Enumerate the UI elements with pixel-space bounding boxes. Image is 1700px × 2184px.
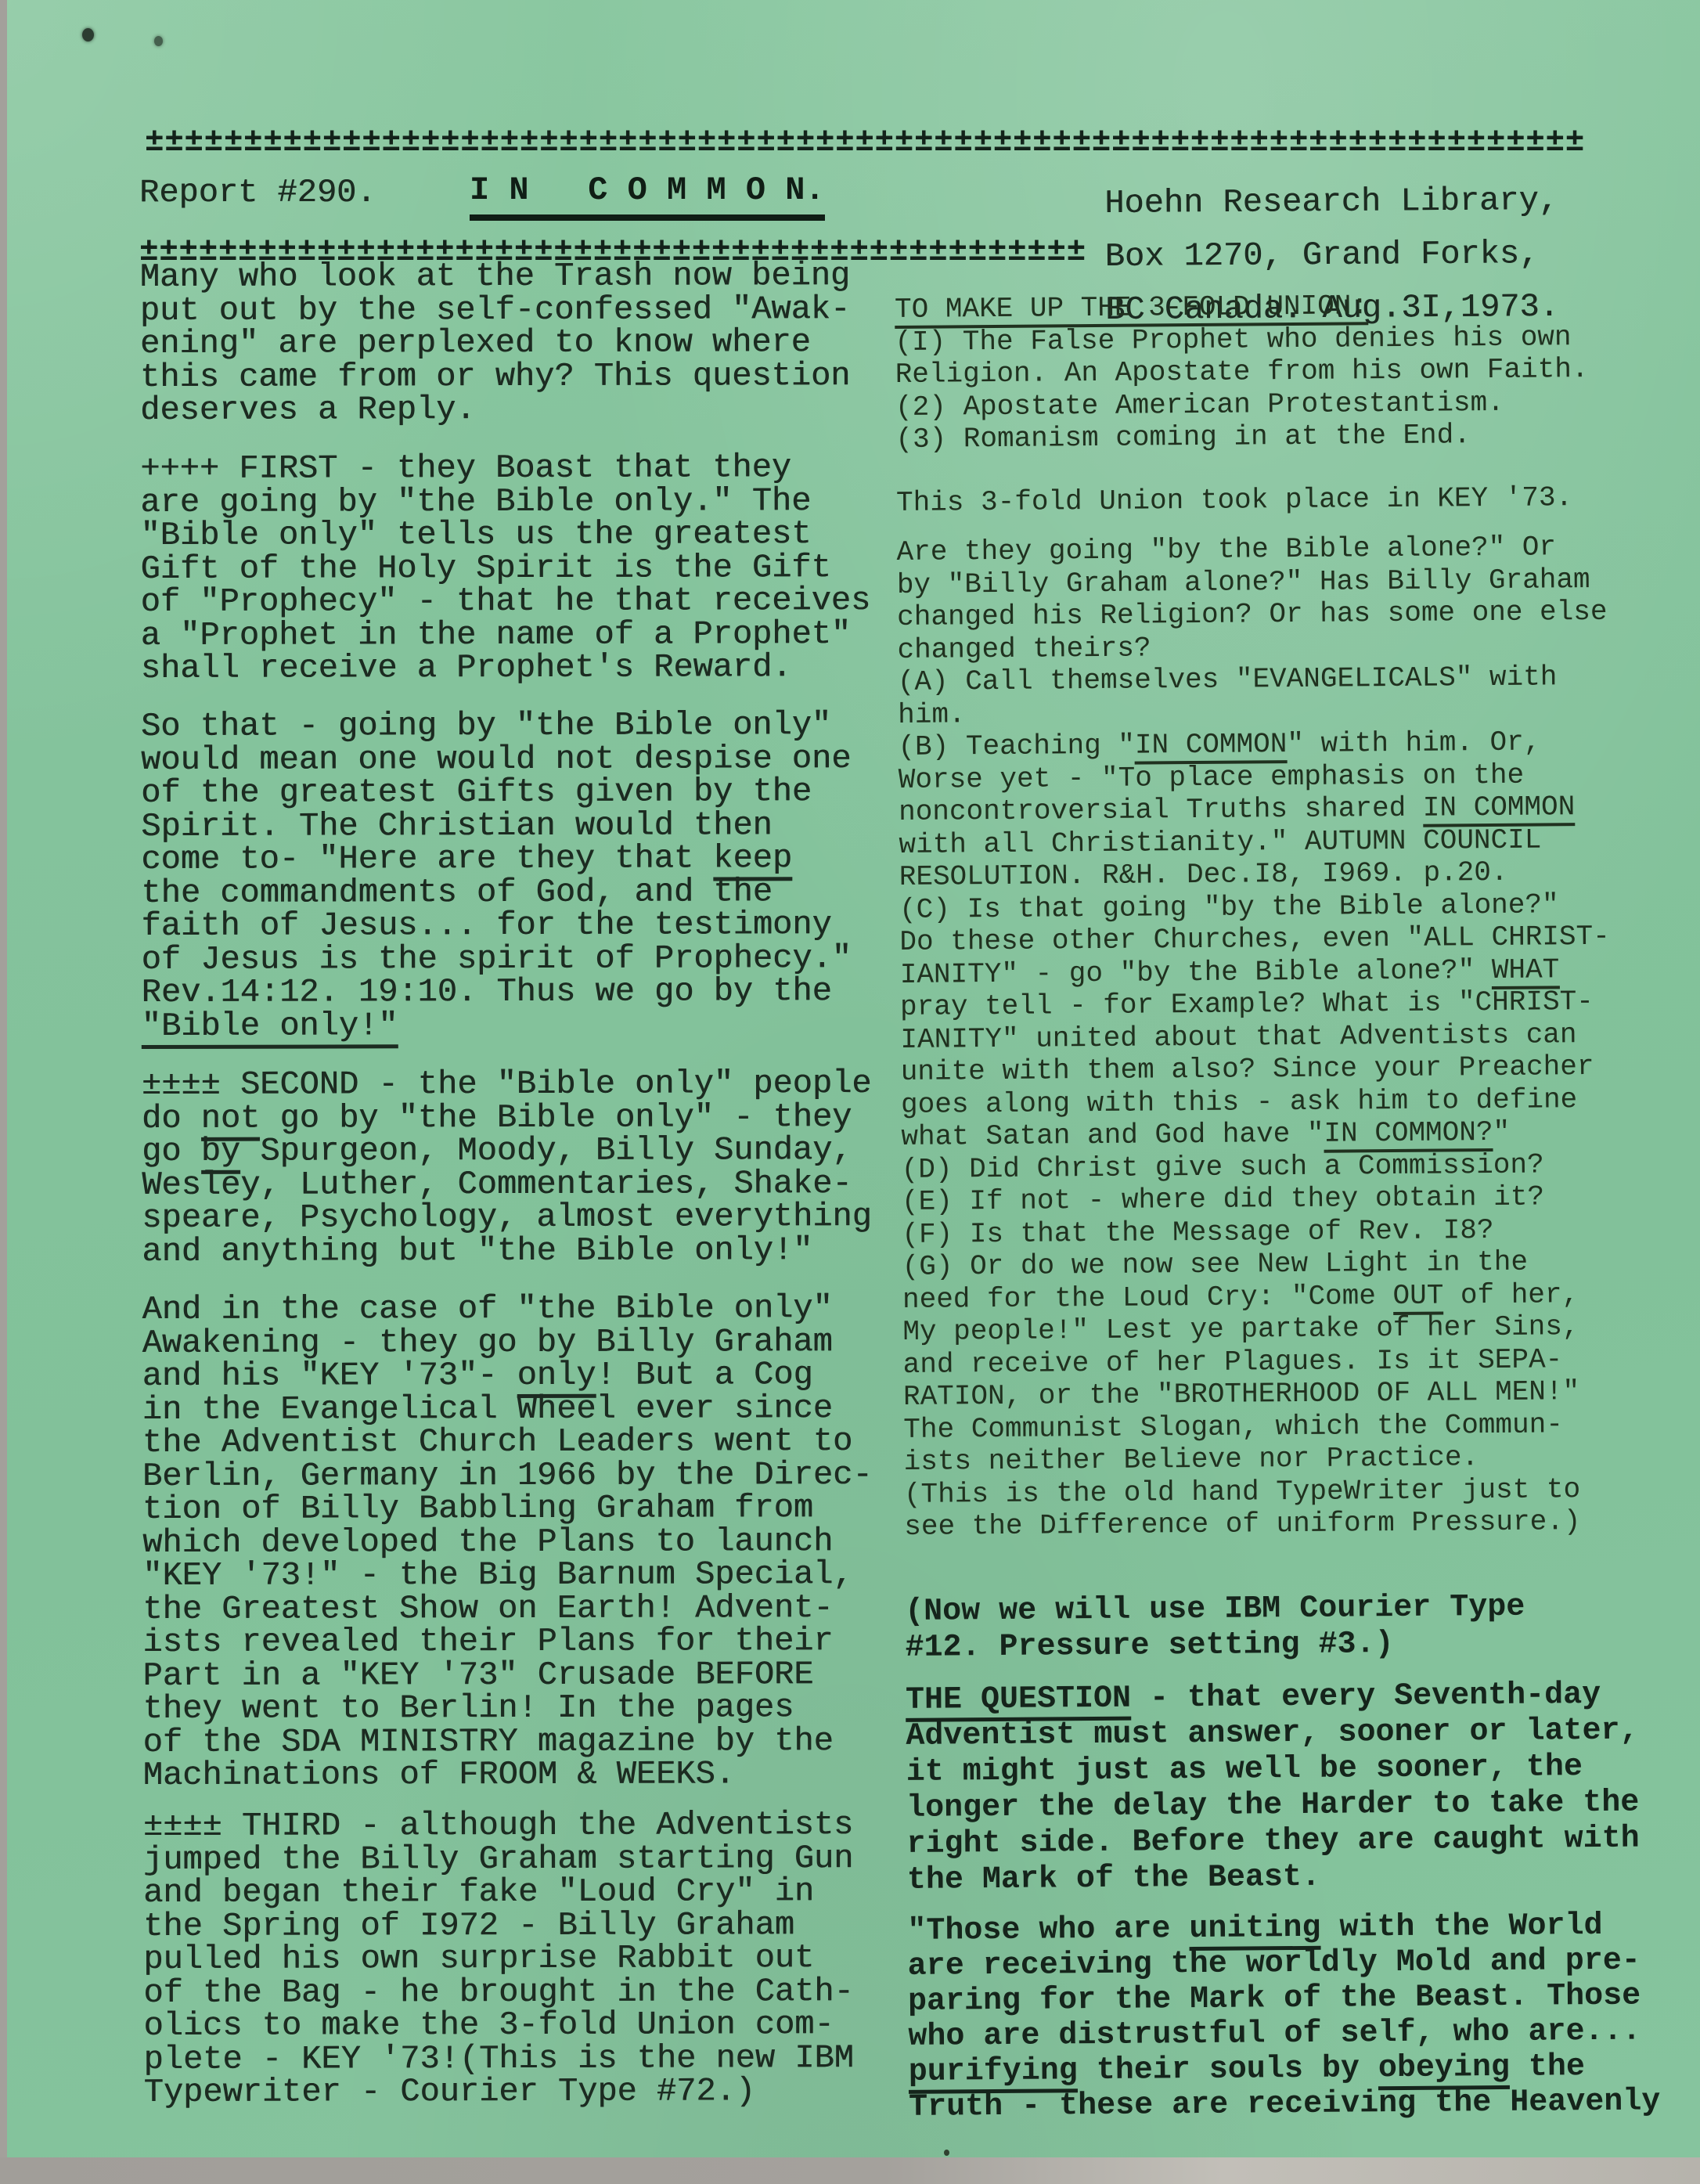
- paragraph: TO MAKE UP THE 3-FOLD UNION:(I) The Fals…: [895, 288, 1589, 456]
- text-line: in the Evangelical Wheel ever since: [142, 1392, 873, 1426]
- paragraph: ±±±± SECOND - the "Bible only" peopledo …: [142, 1067, 872, 1268]
- text-line: Adventist must answer, sooner or later,: [906, 1714, 1638, 1755]
- text-line: ±±±± THIRD - although the Adventists: [143, 1808, 853, 1843]
- text-line: which developed the Plans to launch: [142, 1525, 873, 1559]
- text-line: Awakening - they go by Billy Graham: [142, 1325, 873, 1360]
- text-line: of the SDA MINISTRY magazine by the: [143, 1724, 873, 1759]
- text-line: ists neither Believe nor Practice.: [904, 1440, 1615, 1479]
- text-line: (This is the old hand TypeWriter just to: [904, 1472, 1615, 1511]
- paragraph: ++++ FIRST - they Boast that theyare goi…: [140, 451, 870, 685]
- text-line: the Spring of I972 - Billy Graham: [143, 1908, 853, 1943]
- text-line: IANITY" - go "by the Bible alone?" WHAT: [900, 953, 1611, 991]
- text-line: changed his Religion? Or has some one el…: [897, 596, 1608, 634]
- text-line: a "Prophet in the name of a Prophet": [141, 618, 871, 652]
- text-line: Typewriter - Courier Type #72.): [144, 2074, 854, 2109]
- text-line: with all Christianity." AUTUMN COUNCIL: [899, 823, 1609, 861]
- paragraph: Are they going "by the Bible alone?" Orb…: [896, 531, 1614, 1544]
- text-line: the commandments of God, and the: [141, 875, 851, 910]
- text-line: they went to Berlin! In the pages: [143, 1691, 873, 1725]
- text-line: the Mark of the Beast.: [907, 1858, 1640, 1899]
- text-line: Do these other Churches, even "ALL CHRIS…: [899, 921, 1610, 959]
- text-line: by "Billy Graham alone?" Has Billy Graha…: [897, 563, 1608, 601]
- text-line: deserves a Reply.: [140, 392, 850, 427]
- scan-edge-left: [0, 0, 7, 2184]
- text-line: speare, Psychology, almost everything: [142, 1200, 872, 1234]
- text-line: Machinations of FROOM & WEEKS.: [143, 1757, 873, 1792]
- text-line: My people!" Lest ye partake of her Sins,: [902, 1310, 1613, 1349]
- underlined-text: IN COMMON: [1135, 728, 1288, 765]
- text-line: Many who look at the Trash now being: [140, 259, 850, 294]
- text-line: and began their fake "Loud Cry" in: [143, 1875, 853, 1909]
- text-line: (E) If not - where did they obtain it?: [902, 1180, 1612, 1219]
- text-line: him.: [898, 693, 1608, 731]
- text-line: noncontroversial Truths shared IN COMMON: [899, 791, 1609, 829]
- text-line: pulled his own surprise Rabbit out: [143, 1941, 853, 1976]
- paragraph: So that - going by "the Bible only"would…: [141, 708, 852, 1043]
- paragraph: THE QUESTION - that every Seventh-dayAdv…: [906, 1678, 1640, 1899]
- text-line: put out by the self-confessed "Awak-: [140, 293, 850, 327]
- scanned-newsletter-page: ±±±±±±±±±±±±±±±±±±±±±±±±±±±±±±±±±±±±±±±±…: [0, 0, 1700, 2184]
- text-line: purifying their souls by obeying the: [909, 2049, 1660, 2090]
- text-line: and receive of her Plagues. Is it SEPA-: [903, 1342, 1614, 1381]
- text-line: Rev.14:12. 19:10. Thus we go by the: [142, 975, 852, 1009]
- text-line: (B) Teaching "IN COMMON" with him. Or,: [898, 726, 1608, 764]
- text-line: pray tell - for Example? What is "CHRIST…: [900, 986, 1611, 1024]
- text-line: ists revealed their Plans for their: [142, 1624, 873, 1659]
- text-line: see the Difference of uniform Pressure.): [904, 1505, 1615, 1544]
- text-line: RESOLUTION. R&H. Dec.I8, I969. p.20.: [899, 856, 1610, 894]
- text-line: right side. Before they are caught with: [906, 1822, 1639, 1863]
- paragraph: "Those who are uniting with the Worldare…: [907, 1908, 1660, 2125]
- underlined-text: IN COMMON?: [1324, 1116, 1493, 1153]
- text-line: of the greatest Gifts given by the: [141, 775, 851, 809]
- text-line: (D) Did Christ give such a Commission?: [902, 1148, 1612, 1186]
- text-line: (A) Call themselves "EVANGELICALS" with: [898, 661, 1608, 699]
- text-line: (I) The False Prophet who denies his own: [895, 321, 1588, 359]
- text-line: "Bible only" tells us the greatest: [140, 517, 870, 552]
- paragraph: And in the case of "the Bible only"Awake…: [142, 1292, 873, 1792]
- text-line: shall receive a Prophet's Reward.: [141, 651, 871, 685]
- text-line: who are distrustful of self, who are...: [908, 2013, 1659, 2055]
- paragraph: This 3-fold Union took place in KEY '73.: [896, 481, 1572, 519]
- text-line: faith of Jesus... for the testimony: [141, 908, 851, 942]
- text-line: come to- "Here are they that keep: [141, 842, 851, 876]
- left-text-column: Many who look at the Trash now beingput …: [139, 0, 899, 2184]
- underlined-text: THE QUESTION: [906, 1681, 1131, 1722]
- text-line: it might just as well be sooner, the: [906, 1750, 1639, 1791]
- text-line: ±±±± SECOND - the "Bible only" people: [142, 1067, 872, 1101]
- text-line: (C) Is that going "by the Bible alone?": [899, 888, 1610, 926]
- text-line: do not go by "the Bible only" - they: [142, 1101, 872, 1135]
- text-line: would mean one would not despise one: [141, 742, 851, 777]
- text-line: tion of Billy Babbling Graham from: [142, 1491, 873, 1526]
- text-line: (Now we will use IBM Courier Type: [905, 1590, 1525, 1631]
- text-line: paring for the Mark of the Beast. Those: [908, 1978, 1659, 2020]
- text-line: need for the Loud Cry: "Come OUT of her,: [902, 1278, 1613, 1316]
- underlined-text: IN COMMON: [1423, 791, 1576, 827]
- text-line: This 3-fold Union took place in KEY '73.: [896, 481, 1572, 519]
- text-line: plete - KEY '73!(This is the new IBM: [143, 2042, 853, 2076]
- text-line: and anything but "the Bible only!": [142, 1234, 872, 1268]
- text-line: unite with them also? Since your Preache…: [901, 1051, 1612, 1089]
- text-line: of Jesus is the spirit of Prophecy.": [142, 942, 852, 976]
- text-line: (3) Romanism coming in at the End.: [895, 418, 1589, 456]
- text-line: jumped the Billy Graham starting Gun: [143, 1842, 853, 1876]
- text-line: Worse yet - "To place emphasis on the: [899, 758, 1609, 796]
- text-line: #12. Pressure setting #3.): [905, 1626, 1525, 1667]
- text-line: So that - going by "the Bible only": [141, 708, 851, 743]
- text-line: "KEY '73!" - the Big Barnum Special,: [142, 1558, 873, 1592]
- text-line: goes along with this - ask him to define: [901, 1083, 1612, 1121]
- text-line: And in the case of "the Bible only": [142, 1292, 872, 1326]
- right-text-column: TO MAKE UP THE 3-FOLD UNION:(I) The Fals…: [892, 0, 1700, 2184]
- text-line: are receiving the worldly Mold and pre-: [908, 1943, 1659, 1984]
- text-line: (F) Is that the Message of Rev. I8?: [902, 1213, 1612, 1251]
- text-line: go by Spurgeon, Moody, Billy Sunday,: [142, 1133, 872, 1168]
- text-line: Spirit. The Christian would then: [141, 809, 851, 843]
- text-line: this came from or why? This question: [140, 359, 850, 394]
- text-line: changed theirs?: [897, 628, 1608, 666]
- paragraph: ±±±± THIRD - although the Adventistsjump…: [143, 1808, 854, 2109]
- paragraph: Many who look at the Trash now beingput …: [140, 259, 851, 427]
- staple-hole: [82, 28, 94, 41]
- underlined-text: uniting: [1189, 1911, 1320, 1951]
- text-line: IANITY" united about that Adventists can: [900, 1018, 1611, 1056]
- text-line: the Adventist Church Leaders went to: [142, 1425, 873, 1459]
- text-line: THE QUESTION - that every Seventh-day: [906, 1678, 1638, 1719]
- text-line: Wesley, Luther, Commentaries, Shake-: [142, 1167, 872, 1202]
- text-line: the Greatest Show on Earth! Advent-: [142, 1591, 873, 1626]
- text-line: ++++ FIRST - they Boast that they: [140, 451, 870, 485]
- underlined-text: "Bible only!": [142, 1007, 398, 1049]
- text-line: Religion. An Apostate from his own Faith…: [895, 353, 1589, 391]
- text-line: Gift of the Holy Spirit is the Gift: [140, 551, 870, 586]
- text-line: (2) Apostate American Protestantism.: [895, 386, 1589, 423]
- text-line: olics to make the 3-fold Union com-: [143, 2008, 853, 2042]
- text-line: ening" are perplexed to know where: [140, 326, 850, 360]
- text-line: what Satan and God have "IN COMMON?": [901, 1115, 1612, 1154]
- underlined-text: obeying: [1378, 2050, 1510, 2090]
- text-line: "Bible only!": [142, 1008, 852, 1043]
- text-line: Berlin, Germany in 1966 by the Direc-: [142, 1458, 873, 1493]
- text-line: The Communist Slogan, which the Commun-: [903, 1407, 1614, 1446]
- text-line: (G) Or do we now see New Light in the: [902, 1245, 1613, 1284]
- text-line: of "Prophecy" - that he that receives: [141, 584, 871, 618]
- text-line: longer the delay the Harder to take the: [906, 1786, 1639, 1827]
- text-line: "Those who are uniting with the World: [907, 1908, 1659, 1949]
- underlined-text: WHAT: [1492, 953, 1560, 989]
- underlined-text: purifying: [909, 2053, 1078, 2094]
- text-line: are going by "the Bible only." The: [140, 485, 870, 519]
- text-line: Part in a "KEY '73" Crusade BEFORE: [142, 1658, 873, 1692]
- text-line: of the Bag - he brought in the Cath-: [143, 1975, 853, 2009]
- paragraph: (Now we will use IBM Courier Type#12. Pr…: [905, 1590, 1525, 1667]
- text-line: and his "KEY '73"- only! But a Cog: [142, 1358, 873, 1393]
- text-line: RATION, or the "BROTHERHOOD OF ALL MEN!": [903, 1375, 1614, 1414]
- text-line: Truth - these are receiving the Heavenly: [909, 2084, 1660, 2125]
- text-line: TO MAKE UP THE 3-FOLD UNION:: [895, 288, 1588, 326]
- underlined-text: OUT: [1392, 1279, 1443, 1315]
- text-line: Are they going "by the Bible alone?" Or: [896, 531, 1607, 569]
